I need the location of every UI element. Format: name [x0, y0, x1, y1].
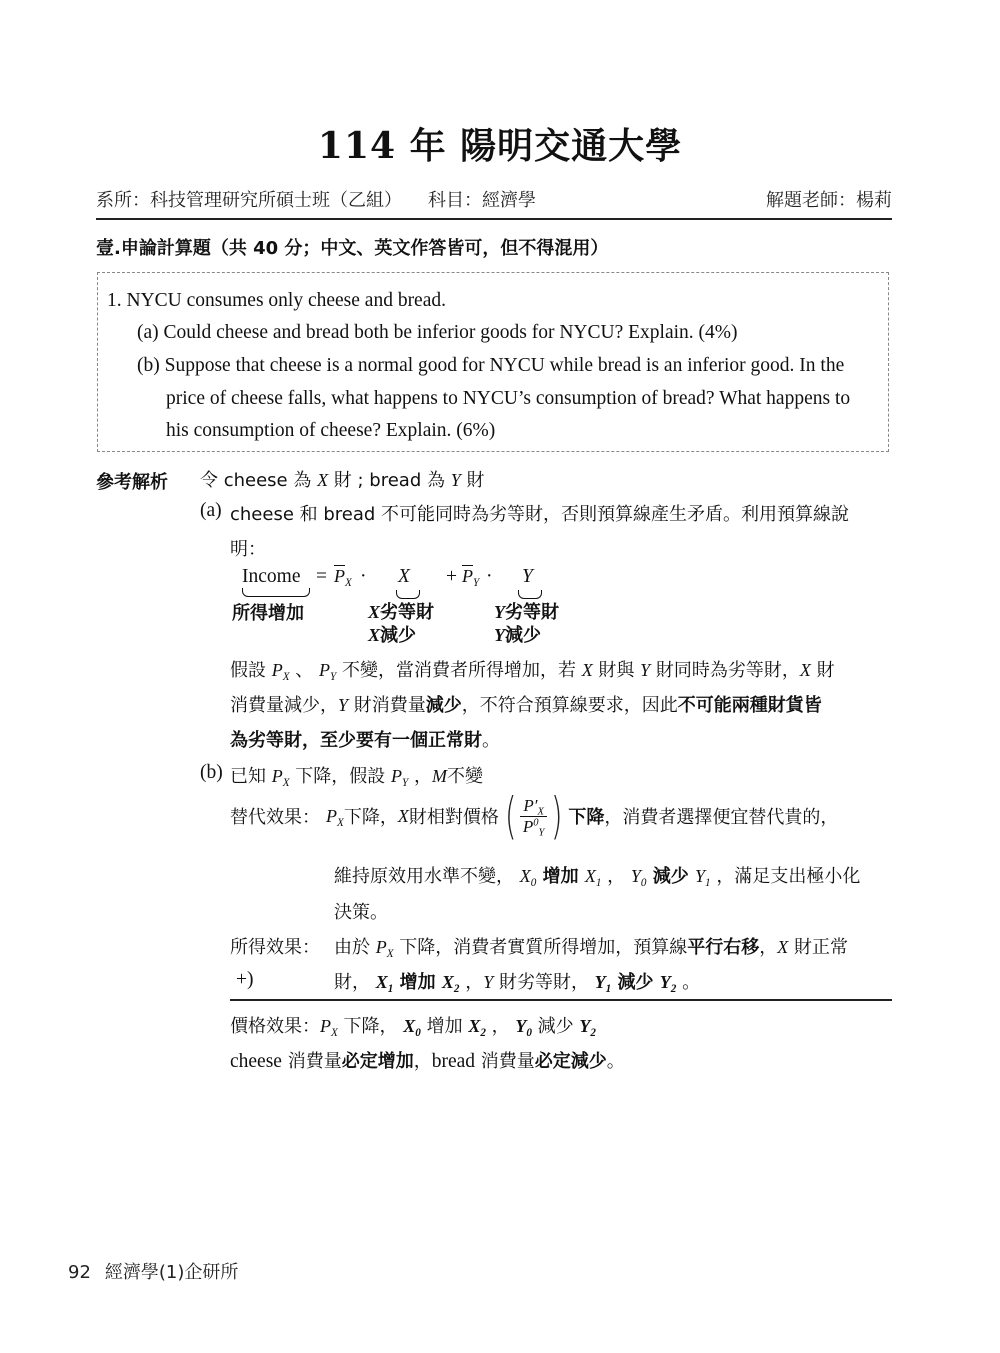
- eq-py: PY: [462, 566, 479, 587]
- var-y: Y: [451, 470, 461, 490]
- relative-price-fraction: ( P′X P0Y ): [501, 791, 567, 841]
- part-b-intro: 已知 PX 下降，假設 PY ，M不變: [230, 762, 483, 788]
- text: ，: [459, 972, 483, 993]
- eq-dot: ·: [486, 566, 493, 588]
- bold-text: 為劣等財，至少要有一個正常財: [230, 730, 482, 751]
- eq-py-sub: Y: [473, 577, 479, 589]
- text: 假設: [230, 660, 272, 681]
- substitution-effect-line-1: 替代效果： PX 下降， X 財相對價格 ( P′X P0Y ) 下降 ，消費者…: [230, 791, 838, 841]
- part-a-marker: (a): [200, 500, 222, 522]
- teacher-label: 解題老師：楊莉: [766, 186, 892, 212]
- var-x: X: [582, 660, 593, 680]
- substitution-effect-line-2: 維持原效用水準不變， X0 增加 X1 ， Y0 減少 Y1 ，滿足支出極小化: [334, 862, 860, 888]
- denominator: P0Y: [523, 817, 545, 837]
- bold-text: 平行右移: [687, 937, 759, 958]
- note-text: 減少: [505, 625, 541, 646]
- var-x: X: [368, 602, 380, 622]
- eq-y: Y: [522, 566, 533, 588]
- question-line-b3: his consumption of cheese? Explain. (6%): [166, 420, 495, 442]
- part-a-para-line-3: 為劣等財，至少要有一個正常財。: [230, 726, 500, 752]
- eq-plus: +: [446, 566, 457, 588]
- left-paren: (: [505, 791, 517, 841]
- text: 。: [676, 972, 700, 993]
- eq-px-sub: X: [345, 577, 352, 589]
- eq-x: X: [398, 566, 410, 588]
- text: 消費量減少，: [230, 695, 338, 716]
- var-p: P: [391, 766, 402, 786]
- bold-text: 必定減少: [535, 1051, 607, 1072]
- text: P′: [523, 796, 537, 815]
- price-effect-line: 價格效果：PX 下降， X0 增加 X2 ， Y0 減少 Y2: [230, 1012, 596, 1038]
- page-title: 114 年 陽明交通大學: [0, 118, 1000, 169]
- book-title: 經濟學(1)企研所: [105, 1262, 239, 1283]
- intro-text: 令 cheese 為: [200, 470, 317, 491]
- var-y: Y: [483, 972, 493, 992]
- note-text: 劣等財: [505, 602, 559, 623]
- var-y: Y: [494, 602, 505, 622]
- page-footer: 92經濟學(1)企研所: [68, 1258, 238, 1284]
- text: 增加: [421, 1016, 468, 1037]
- sub: X: [337, 816, 344, 828]
- text: 消費量: [475, 1051, 535, 1072]
- note-x-decrease: X減少: [368, 621, 416, 647]
- text: 下降，消費者實質所得增加，預算線: [394, 937, 688, 958]
- text: ，: [759, 937, 777, 958]
- text: ，滿足支出極小化: [711, 866, 861, 887]
- income-effect-line-2: 財， X1 增加 X2 ，Y 財劣等財， Y1 減少 Y2 。: [334, 968, 700, 994]
- var-p: P: [319, 660, 330, 680]
- bold-text: 增加: [393, 972, 442, 993]
- text: 不變，當消費者所得增加，若: [336, 660, 581, 681]
- part-b-marker: (b): [200, 762, 223, 784]
- question-line-b2: price of cheese falls, what happens to N…: [166, 388, 850, 410]
- department-label: 系所：科技管理研究所碩士班（乙組）: [96, 190, 402, 211]
- text: 維持原效用水準不變，: [334, 866, 520, 887]
- note-income-increase: 所得增加: [232, 599, 304, 625]
- text: ，消費者選擇便宜替代貴的，: [604, 803, 838, 829]
- eq-px-p: P: [334, 566, 345, 586]
- var-p: P: [272, 660, 283, 680]
- bold-text: 減少: [646, 866, 695, 887]
- sub: 2: [590, 1027, 596, 1039]
- text: 下降，: [338, 1016, 403, 1037]
- var-x: X: [585, 866, 596, 886]
- var-y: Y: [494, 625, 505, 645]
- conclusion-line: cheese 消費量必定增加，bread 消費量必定減少。: [230, 1047, 625, 1073]
- sum-divider: [230, 999, 892, 1001]
- text: 已知: [230, 766, 272, 787]
- effect-label: 替代效果：: [230, 803, 320, 829]
- eq-income: Income: [242, 566, 300, 588]
- var-p: P: [320, 1016, 331, 1036]
- subject-label: 科目：經濟學: [428, 190, 536, 211]
- text: 、: [290, 660, 319, 681]
- sub: X: [283, 777, 290, 789]
- var-x: X: [398, 806, 409, 827]
- var-y: Y: [640, 660, 650, 680]
- bold-text: 減少: [611, 972, 660, 993]
- page-number: 92: [68, 1262, 91, 1283]
- var-y: Y: [579, 1016, 590, 1036]
- var-y: Y: [695, 866, 705, 886]
- question-line-b: (b) Suppose that cheese is a normal good…: [137, 355, 844, 377]
- eq-px: PX: [334, 566, 352, 587]
- var-x: X: [442, 972, 454, 992]
- exam-meta: 系所：科技管理研究所碩士班（乙組）科目：經濟學 解題老師：楊莉: [96, 186, 892, 220]
- text: 下降，假設: [290, 766, 391, 787]
- note-text: 減少: [380, 625, 416, 646]
- text: ，: [414, 1051, 432, 1072]
- bold-text: 增加: [536, 866, 585, 887]
- plus-marker: +): [236, 969, 254, 991]
- bold-text: 不可能兩種財貨皆: [678, 695, 822, 716]
- text: 財，: [334, 972, 376, 993]
- var-x: X: [800, 660, 811, 680]
- numerator: P′X: [520, 796, 547, 817]
- var-x: X: [403, 1016, 415, 1036]
- effect-label: 價格效果：: [230, 1016, 320, 1037]
- income-effect-label: 所得效果：: [230, 933, 320, 959]
- substitution-effect-line-3: 決策。: [334, 898, 388, 924]
- text: 財劣等財，: [493, 972, 594, 993]
- answer-intro: 令 cheese 為 X 財 ; bread 為 Y 財: [200, 466, 484, 492]
- intro-text: 財 ; bread 為: [328, 470, 451, 491]
- note-text: 劣等財: [380, 602, 434, 623]
- sub: X: [283, 671, 290, 683]
- note-y-decrease: Y減少: [494, 621, 541, 647]
- text: ，: [486, 1016, 515, 1037]
- var-m: M: [432, 766, 447, 786]
- text: 不變: [447, 766, 483, 787]
- bold-text: 下降: [568, 803, 604, 829]
- part-a-line-1: cheese 和 bread 不可能同時為劣等財，否則預算線產生矛盾。利用預算線…: [230, 500, 849, 526]
- part-a-line-2: 明：: [230, 535, 266, 561]
- text: 。: [607, 1051, 625, 1072]
- bold-text: 必定增加: [342, 1051, 414, 1072]
- var-p: P: [326, 806, 337, 826]
- var-y: Y: [515, 1016, 526, 1036]
- text: 由於: [334, 937, 376, 958]
- var-x: X: [777, 937, 788, 957]
- income-effect-line-1: 由於 PX 下降，消費者實質所得增加，預算線平行右移，X 財正常: [334, 933, 848, 959]
- right-paren: ): [551, 791, 563, 841]
- text: 財相對價格: [409, 803, 499, 829]
- var-p: P: [272, 766, 283, 786]
- var-y: Y: [595, 972, 606, 992]
- text: 。: [482, 730, 500, 751]
- text: 財與: [593, 660, 640, 681]
- sub: Y: [539, 827, 545, 838]
- part-a-para-line-2: 消費量減少，Y 財消費量減少，不符合預算線要求，因此不可能兩種財貨皆: [230, 691, 822, 717]
- answer-label: 參考解析: [96, 468, 168, 494]
- bold-text: 減少: [426, 695, 462, 716]
- text: cheese: [230, 1051, 282, 1072]
- var-x: X: [368, 625, 380, 645]
- eq-dot: ·: [360, 566, 367, 588]
- part-a-para-line-1: 假設 PX 、 PY 不變，當消費者所得增加，若 X 財與 Y 財同時為劣等財，…: [230, 656, 835, 682]
- text: bread: [432, 1051, 475, 1072]
- underbrace-income: [242, 588, 310, 597]
- var-x: X: [376, 972, 388, 992]
- text: 財同時為劣等財，: [650, 660, 800, 681]
- var-x: X: [520, 866, 531, 886]
- text: 減少: [532, 1016, 579, 1037]
- sup: 0: [533, 817, 538, 828]
- text: 財正常: [788, 937, 848, 958]
- var-y: Y: [660, 972, 671, 992]
- eq-py-p: P: [462, 566, 473, 586]
- var-x: X: [468, 1016, 480, 1036]
- text: ，: [601, 866, 630, 887]
- var-y: Y: [338, 695, 348, 715]
- eq-equals: =: [316, 566, 327, 588]
- sub: X: [331, 1027, 338, 1039]
- text: ，: [408, 766, 432, 787]
- intro-text: 財: [461, 470, 485, 491]
- text: 財: [811, 660, 835, 681]
- text: P: [523, 817, 533, 836]
- text: 消費量: [282, 1051, 342, 1072]
- fraction: P′X P0Y: [520, 796, 547, 837]
- var-p: P: [376, 937, 387, 957]
- sub: X: [387, 948, 394, 960]
- text: 下降，: [344, 803, 398, 829]
- section-heading: 壹.申論計算題（共 40 分；中文、英文作答皆可，但不得混用）: [96, 234, 608, 260]
- text: 財消費量: [348, 695, 426, 716]
- text: ，不符合預算線要求，因此: [462, 695, 678, 716]
- question-line-a: (a) Could cheese and bread both be infer…: [137, 322, 738, 344]
- var-x: X: [317, 470, 328, 490]
- question-line-1: 1. NYCU consumes only cheese and bread.: [107, 290, 446, 312]
- var-y: Y: [631, 866, 641, 886]
